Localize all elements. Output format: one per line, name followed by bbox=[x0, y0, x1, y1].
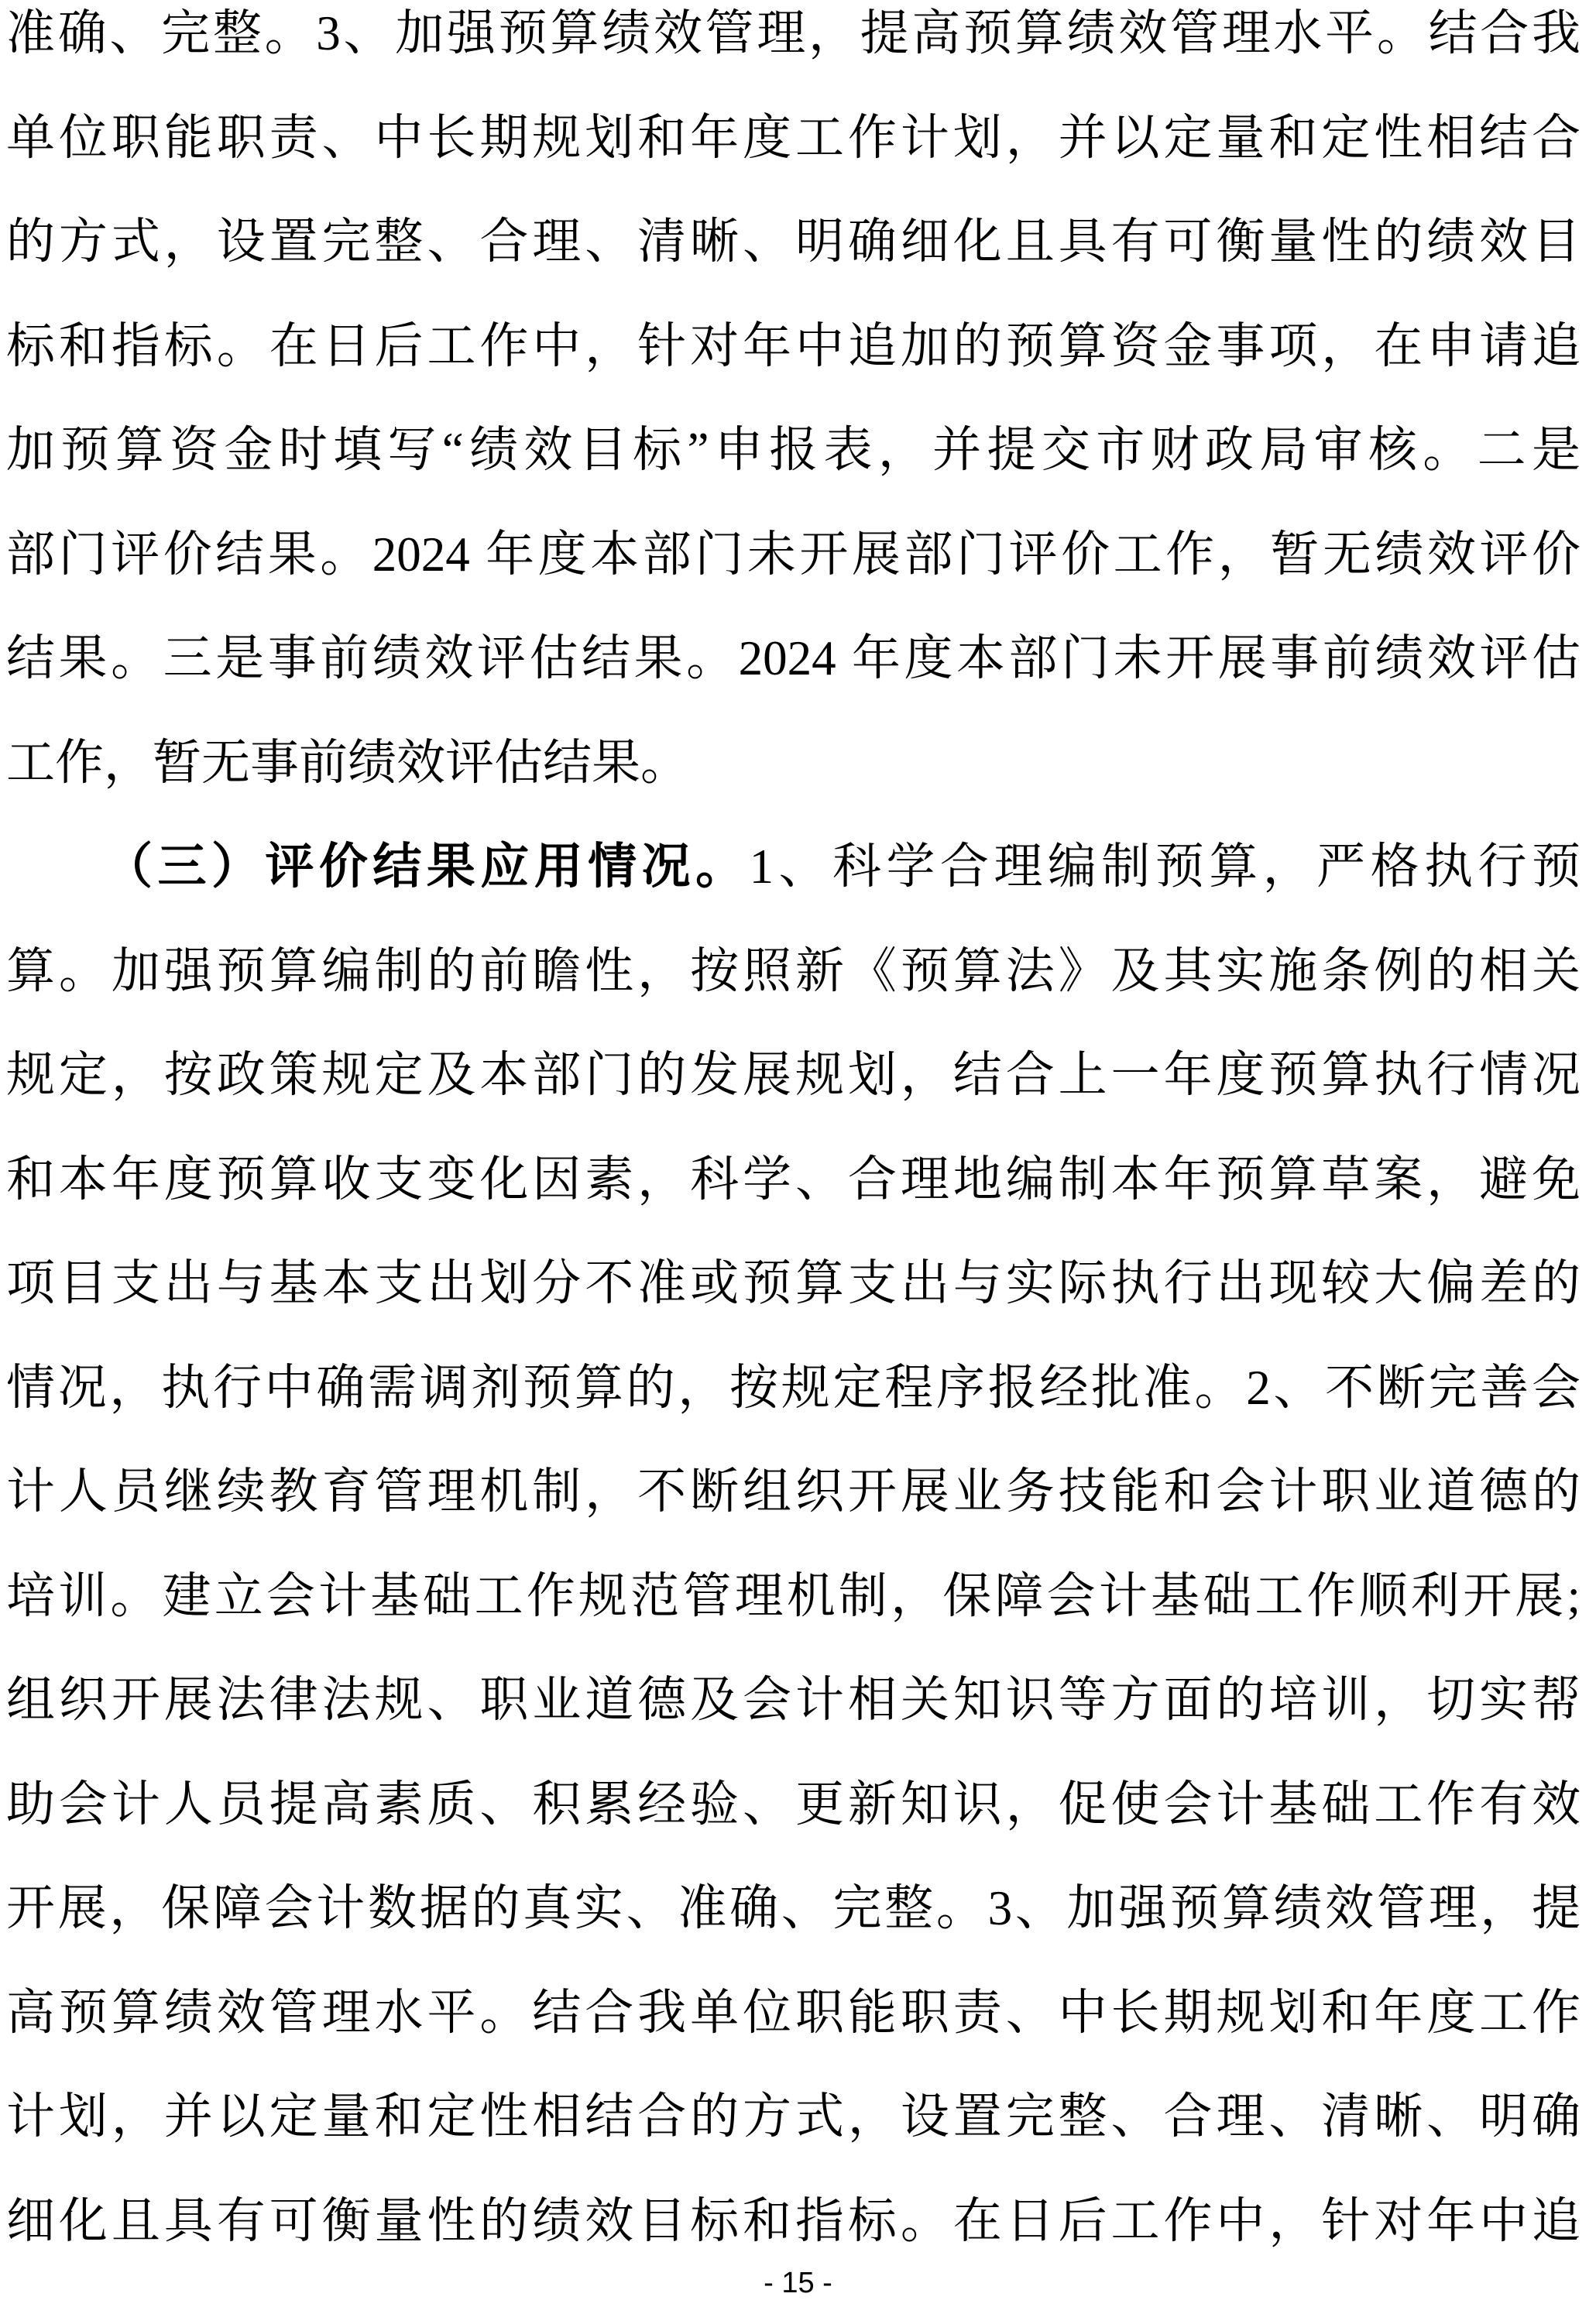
text-run: 结果。三是事前绩效评估结果。2024 年度本部门未开展事前绩效评估 bbox=[6, 631, 1581, 685]
document-body: 准确、完整。3、加强预算绩效管理，提高预算绩效管理水平。结合我单位职能职责、中长… bbox=[6, 0, 1581, 2273]
text-run: 算。加强预算编制的前瞻性，按照新《预算法》及其实施条例的相关 bbox=[6, 944, 1581, 998]
text-line: 培训。建立会计基础工作规范管理机制，保障会计基础工作顺利开展; bbox=[6, 1544, 1581, 1649]
text-line: 细化且具有可衡量性的绩效目标和指标。在日后工作中，针对年中追 bbox=[6, 2169, 1581, 2274]
text-line: 助会计人员提高素质、积累经验、更新知识，促使会计基础工作有效 bbox=[6, 1753, 1581, 1857]
text-line: 结果。三是事前绩效评估结果。2024 年度本部门未开展事前绩效评估 bbox=[6, 606, 1581, 711]
document-page: 准确、完整。3、加强预算绩效管理，提高预算绩效管理水平。结合我单位职能职责、中长… bbox=[0, 0, 1596, 2314]
text-run: 计划，并以定量和定性相结合的方式，设置完整、合理、清晰、明确 bbox=[6, 2089, 1581, 2144]
text-line: 单位职能职责、中长期规划和年度工作计划，并以定量和定性相结合 bbox=[6, 86, 1581, 191]
text-run: 单位职能职责、中长期规划和年度工作计划，并以定量和定性相结合 bbox=[6, 111, 1581, 165]
page-footer: - 15 - bbox=[0, 2266, 1596, 2302]
text-line: 情况，执行中确需调剂预算的，按规定程序报经批准。2、不断完善会 bbox=[6, 1336, 1581, 1440]
text-run: 细化且具有可衡量性的绩效目标和指标。在日后工作中，针对年中追 bbox=[6, 2194, 1581, 2248]
text-line: 高预算绩效管理水平。结合我单位职能职责、中长期规划和年度工作 bbox=[6, 1961, 1581, 2065]
text-line: 项目支出与基本支出划分不准或预算支出与实际执行出现较大偏差的 bbox=[6, 1231, 1581, 1336]
text-run: 和本年度预算收支变化因素，科学、合理地编制本年预算草案，避免 bbox=[6, 1152, 1581, 1207]
text-run: 高预算绩效管理水平。结合我单位职能职责、中长期规划和年度工作 bbox=[6, 1986, 1581, 2040]
text-line: 工作，暂无事前绩效评估结果。 bbox=[6, 711, 1581, 815]
text-line: （三）评价结果应用情况。1、科学合理编制预算，严格执行预 bbox=[6, 815, 1581, 919]
text-run: 助会计人员提高素质、积累经验、更新知识，促使会计基础工作有效 bbox=[6, 1777, 1581, 1832]
text-line: 加预算资金时填写“绩效目标”申报表，并提交市财政局审核。二是 bbox=[6, 398, 1581, 503]
text-run: 培训。建立会计基础工作规范管理机制，保障会计基础工作顺利开展; bbox=[6, 1569, 1581, 1623]
text-run: 计人员继续教育管理机制，不断组织开展业务技能和会计职业道德的 bbox=[6, 1464, 1581, 1519]
text-line: 开展，保障会计数据的真实、准确、完整。3、加强预算绩效管理，提 bbox=[6, 1856, 1581, 1961]
text-line: 和本年度预算收支变化因素，科学、合理地编制本年预算草案，避免 bbox=[6, 1128, 1581, 1232]
text-line: 计划，并以定量和定性相结合的方式，设置完整、合理、清晰、明确 bbox=[6, 2065, 1581, 2169]
text-run: 的方式，设置完整、合理、清晰、明确细化且具有可衡量性的绩效目 bbox=[6, 215, 1581, 269]
text-line: 规定，按政策规定及本部门的发展规划，结合上一年度预算执行情况 bbox=[6, 1023, 1581, 1128]
text-run: 标和指标。在日后工作中，针对年中追加的预算资金事项，在申请追 bbox=[6, 319, 1581, 373]
page-number: - 15 - bbox=[764, 2267, 832, 2299]
text-run: 准确、完整。3、加强预算绩效管理，提高预算绩效管理水平。结合我 bbox=[6, 6, 1581, 60]
section-heading: （三）评价结果应用情况。 bbox=[104, 839, 750, 894]
text-line: 准确、完整。3、加强预算绩效管理，提高预算绩效管理水平。结合我 bbox=[6, 0, 1581, 86]
text-line: 标和指标。在日后工作中，针对年中追加的预算资金事项，在申请追 bbox=[6, 294, 1581, 399]
text-run: 加预算资金时填写“绩效目标”申报表，并提交市财政局审核。二是 bbox=[6, 423, 1581, 477]
text-line: 部门评价结果。2024 年度本部门未开展部门评价工作，暂无绩效评价 bbox=[6, 503, 1581, 607]
text-run: 组织开展法律法规、职业道德及会计相关知识等方面的培训，切实帮 bbox=[6, 1673, 1581, 1727]
text-line: 的方式，设置完整、合理、清晰、明确细化且具有可衡量性的绩效目 bbox=[6, 190, 1581, 294]
text-line: 算。加强预算编制的前瞻性，按照新《预算法》及其实施条例的相关 bbox=[6, 919, 1581, 1024]
text-run: 部门评价结果。2024 年度本部门未开展部门评价工作，暂无绩效评价 bbox=[6, 527, 1581, 582]
text-line: 组织开展法律法规、职业道德及会计相关知识等方面的培训，切实帮 bbox=[6, 1648, 1581, 1753]
text-run: 项目支出与基本支出划分不准或预算支出与实际执行出现较大偏差的 bbox=[6, 1256, 1581, 1310]
text-run: 规定，按政策规定及本部门的发展规划，结合上一年度预算执行情况 bbox=[6, 1048, 1581, 1102]
text-run: 情况，执行中确需调剂预算的，按规定程序报经批准。2、不断完善会 bbox=[6, 1361, 1581, 1415]
text-line: 计人员继续教育管理机制，不断组织开展业务技能和会计职业道德的 bbox=[6, 1440, 1581, 1544]
text-run: 开展，保障会计数据的真实、准确、完整。3、加强预算绩效管理，提 bbox=[6, 1881, 1581, 1935]
text-run: 工作，暂无事前绩效评估结果。 bbox=[6, 736, 689, 790]
text-run: 1、科学合理编制预算，严格执行预 bbox=[750, 839, 1581, 894]
